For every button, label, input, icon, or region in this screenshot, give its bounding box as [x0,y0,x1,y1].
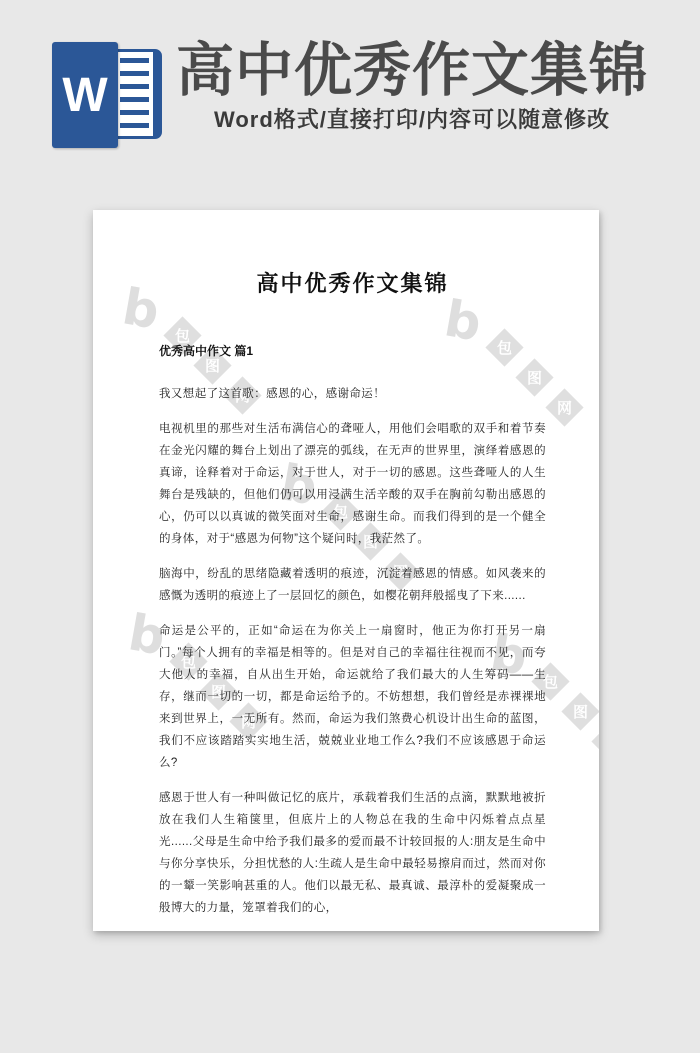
banner-subtitle: Word格式/直接打印/内容可以随意修改 [214,103,610,134]
word-document-sheet-icon [112,49,162,139]
paragraph: 命运是公平的，正如“命运在为你关上一扇窗时，他正为你打开另一扇门。”每个人拥有的… [159,620,546,774]
template-banner: W 高中优秀作文集锦 Word格式/直接打印/内容可以随意修改 [0,0,700,170]
paragraph: 电视机里的那些对生活布满信心的聋哑人，用他们会唱歌的双手和着节奏在金光闪耀的舞台… [159,418,546,550]
banner-text-block: 高中优秀作文集锦 Word格式/直接打印/内容可以随意修改 [176,0,648,134]
paragraph: 脑海中，纷乱的思绪隐藏着透明的痕迹，沉淀着感恩的情感。如风袭来的感慨为透明的痕迹… [159,563,546,607]
document-page: b 包 图 网 b 包 图 网 b 包 图 网 b 包 图 网 b 包 图 网 [93,210,599,931]
banner-title: 高中优秀作文集锦 [176,40,648,101]
document-title: 高中优秀作文集锦 [159,267,546,298]
document-content: 高中优秀作文集锦 优秀高中作文 篇1 我又想起了这首歌：感恩的心，感谢命运！ 电… [93,210,599,931]
paragraph: 感恩于世人有一种叫做记忆的底片，承载着我们生活的点滴，默默地被折放在我们人生箱箧… [159,787,546,919]
word-w-panel-icon: W [52,42,118,148]
word-document-lines-icon [120,58,149,130]
paragraph: 我又想起了这首歌：感恩的心，感谢命运！ [159,383,546,405]
section-heading: 优秀高中作文 篇1 [159,342,546,359]
ms-word-icon: W [52,42,164,148]
